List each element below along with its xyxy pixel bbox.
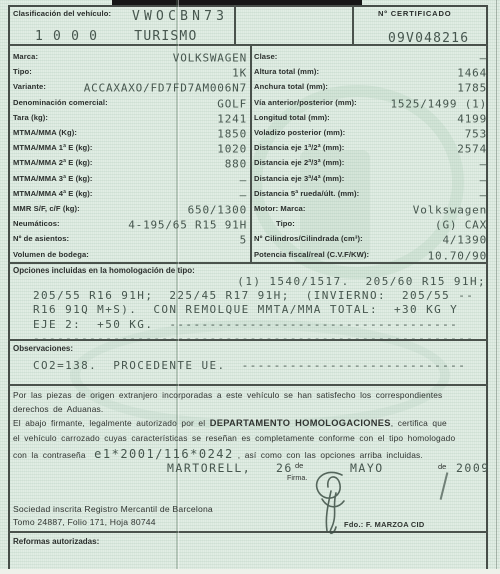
spec-label: Tipo:: [13, 67, 32, 76]
approval-code-line: con la contraseña e1*2001/116*0242, así …: [13, 447, 423, 461]
spec-label: Potencia fiscal/real (C.V.F/KW):: [254, 250, 369, 259]
spec-row: Distancia eje 2ª/3ª (mm): —: [254, 155, 487, 170]
spec-row: Volumen de bodega:: [13, 246, 247, 261]
spec-row: Nº Cilindros/Cilindrada (cm³): 4/1390: [254, 231, 487, 246]
spec-label: Altura total (mm):: [254, 67, 319, 76]
spec-value: —: [240, 173, 247, 186]
spec-label: Marca:: [13, 52, 38, 61]
spec-value: 1785: [457, 82, 487, 95]
approval-text: , así como con las opciones arriba inclu…: [238, 450, 423, 460]
spec-value: —: [480, 52, 487, 65]
spec-row: Altura total (mm): 1464: [254, 64, 487, 79]
observations-label: Observaciones:: [13, 344, 73, 353]
spec-label: Distancia eje 1ª/2ª (mm):: [254, 143, 344, 152]
divider-legal: [8, 531, 488, 533]
spec-value: Volkswagen: [413, 203, 487, 216]
spec-label: Denominación comercial:: [13, 98, 108, 107]
spec-value: (G) CAX: [435, 219, 487, 232]
spec-label: Variante:: [13, 82, 46, 91]
spec-label: Nº de asientos:: [13, 234, 69, 243]
spec-row: MTMA/MMA 3ª E (kg): —: [13, 171, 247, 186]
spec-label: Distancia eje 2ª/3ª (mm):: [254, 158, 344, 167]
spec-row: Distancia eje 1ª/2ª (mm): 2574: [254, 140, 487, 155]
spec-value: 1241: [217, 112, 247, 125]
spec-label: Distancia eje 3ª/4ª (mm):: [254, 174, 344, 183]
customs-statement-line2: derechos de Aduanas.: [13, 404, 103, 414]
scan-bottom-edge: [0, 569, 500, 574]
spec-label: MTMA/MMA (Kg):: [13, 128, 77, 137]
spec-value: 650/1300: [188, 203, 247, 216]
spec-label: Tara (kg):: [13, 113, 48, 122]
certifier-text: , certifica que: [391, 418, 447, 428]
department-name: DEPARTAMENTO HOMOLOGACIONES: [210, 418, 391, 428]
divider-observations: [8, 384, 488, 386]
spec-value: VOLKSWAGEN: [173, 52, 247, 65]
spec-row: Tara (kg): 1241: [13, 110, 247, 125]
spec-label: Distancia 5ª rueda/últ. (mm):: [254, 189, 359, 198]
spec-row: MTMA/MMA 2ª E (kg): 880: [13, 155, 247, 170]
options-line: 205/55 R16 91H; 225/45 R17 91H; (INVIERN…: [33, 289, 474, 303]
spec-row: MTMA/MMA (Kg): 1850: [13, 125, 247, 140]
spec-label: MTMA/MMA 4ª E (kg):: [13, 189, 93, 198]
approval-code: e1*2001/116*0242: [90, 447, 238, 461]
spec-row: Vía anterior/posterior (mm): 1525/1499 (…: [254, 95, 487, 110]
spec-value: 880: [225, 158, 247, 171]
spec-value: 10.70/90: [428, 249, 487, 262]
spec-value: —: [480, 158, 487, 171]
spec-value: 4-195/65 R15 91H: [128, 219, 247, 232]
divider-specs: [8, 262, 488, 264]
spec-row: Motor: Marca: Volkswagen: [254, 201, 487, 216]
classification-value: VWOCBN73: [132, 9, 228, 24]
company-registry-line1: Sociedad inscrita Registro Mercantil de …: [13, 504, 213, 514]
spec-label: Motor: Marca:: [254, 204, 306, 213]
spec-label: Tipo:: [254, 219, 295, 228]
spec-row: Clase: —: [254, 49, 487, 64]
spec-label: Volumen de bodega:: [13, 250, 89, 259]
spec-value: 4/1390: [442, 234, 487, 247]
spec-value: GOLF: [217, 97, 247, 110]
spec-row: Voladizo posterior (mm): 753: [254, 125, 487, 140]
spec-row: Distancia eje 3ª/4ª (mm): —: [254, 171, 487, 186]
options-line: R16 91Q M+S). CON REMOLQUE MMTA/MMA TOTA…: [33, 303, 474, 317]
spec-value: 1020: [217, 143, 247, 156]
spec-value: ACCAXAXO/FD7FD7AM006N7: [84, 82, 247, 95]
spec-value: 2574: [457, 143, 487, 156]
spec-label: Vía anterior/posterior (mm):: [254, 98, 357, 107]
spec-column-border: [250, 44, 252, 262]
left-spec-column: Marca: VOLKSWAGEN Tipo: 1K Variante: ACC…: [13, 49, 247, 262]
spec-value: 5: [240, 234, 247, 247]
spec-value: 753: [465, 128, 487, 141]
homologation-certificate-scan: Clasificación del vehículo: VWOCBN73 1 0…: [0, 0, 500, 574]
reforms-label: Reformas autorizadas:: [13, 537, 99, 546]
header-cell-border: [234, 5, 236, 44]
spec-row: Tipo: 1K: [13, 64, 247, 79]
spec-label: Clase:: [254, 52, 277, 61]
spec-row: Anchura total (mm): 1785: [254, 79, 487, 94]
signer-name: Fdo.: F. MARZOA CID: [344, 520, 425, 529]
spec-label: MTMA/MMA 3ª E (kg):: [13, 174, 93, 183]
certificate-label: Nº CERTIFICADO: [378, 9, 451, 18]
spec-value: —: [480, 173, 487, 186]
spec-value: —: [240, 188, 247, 201]
spec-label: Anchura total (mm):: [254, 82, 328, 91]
observations-value: CO2=138. PROCEDENTE UE. ----------------…: [33, 359, 466, 373]
options-first-line: (1) 1540/1517. 205/60 R15 91H;: [200, 275, 486, 289]
year-value: 2009: [456, 461, 490, 475]
approval-text: con la contraseña: [13, 450, 86, 460]
spec-label: Nº Cilindros/Cilindrada (cm³):: [254, 234, 363, 243]
certificate-box-border: [352, 5, 354, 44]
spec-label: MTMA/MMA 2ª E (kg):: [13, 158, 93, 167]
certifier-statement-line2: el vehículo carrozado cuyas característi…: [13, 433, 455, 443]
spec-label: Longitud total (mm):: [254, 113, 330, 122]
spec-row: Nº de asientos: 5: [13, 231, 247, 246]
options-label: Opciones incluidas en la homologación de…: [13, 266, 195, 275]
spec-value: —: [480, 188, 487, 201]
spec-label: MMR S/F, c/F (kg):: [13, 204, 80, 213]
options-line: ----------------------------------------…: [33, 332, 474, 346]
spec-row: MTMA/MMA 4ª E (kg): —: [13, 186, 247, 201]
options-line: EJE 2: +50 KG. -------------------------…: [33, 318, 474, 332]
spec-row: Variante: ACCAXAXO/FD7FD7AM006N7: [13, 79, 247, 94]
spec-row: Marca: VOLKSWAGEN: [13, 49, 247, 64]
spec-label: MTMA/MMA 1ª E (kg):: [13, 143, 93, 152]
spec-row: Potencia fiscal/real (C.V.F/KW): 10.70/9…: [254, 246, 487, 261]
spec-row: Tipo: (G) CAX: [254, 216, 487, 231]
spec-row: Denominación comercial: GOLF: [13, 95, 247, 110]
certifier-text: El abajo firmante, legalmente autorizado…: [13, 418, 205, 428]
spec-row: Distancia 5ª rueda/últ. (mm): —: [254, 186, 487, 201]
customs-statement-line1: Por las piezas de origen extranjero inco…: [13, 390, 442, 400]
spec-label: Voladizo posterior (mm):: [254, 128, 345, 137]
spec-value: 4199: [457, 112, 487, 125]
vehicle-type-code: 1 0 0 0 TURISMO: [35, 29, 197, 44]
certificate-number: 09V048216: [388, 31, 469, 46]
classification-label: Clasificación del vehículo:: [13, 9, 111, 18]
spec-value: 1K: [232, 67, 247, 80]
certifier-statement-line1: El abajo firmante, legalmente autorizado…: [13, 418, 447, 428]
spec-value: 1464: [457, 67, 487, 80]
right-spec-column: Clase: — Altura total (mm): 1464 Anchura…: [254, 49, 487, 262]
spec-value: 1525/1499 (1): [391, 97, 488, 110]
spec-row: Longitud total (mm): 4199: [254, 110, 487, 125]
spec-row: MMR S/F, c/F (kg): 650/1300: [13, 201, 247, 216]
options-lines: 205/55 R16 91H; 225/45 R17 91H; (INVIERN…: [33, 289, 474, 347]
spec-value: 1850: [217, 128, 247, 141]
scan-right-edge: [496, 0, 497, 574]
de-word: de: [438, 462, 446, 471]
spec-row: Neumáticos: 4-195/65 R15 91H: [13, 216, 247, 231]
spec-label: Neumáticos:: [13, 219, 60, 228]
place-name: MARTORELL,: [167, 461, 251, 475]
spec-row: MTMA/MMA 1ª E (kg): 1020: [13, 140, 247, 155]
company-registry-line2: Tomo 24887, Folio 171, Hoja 80744: [13, 517, 156, 527]
